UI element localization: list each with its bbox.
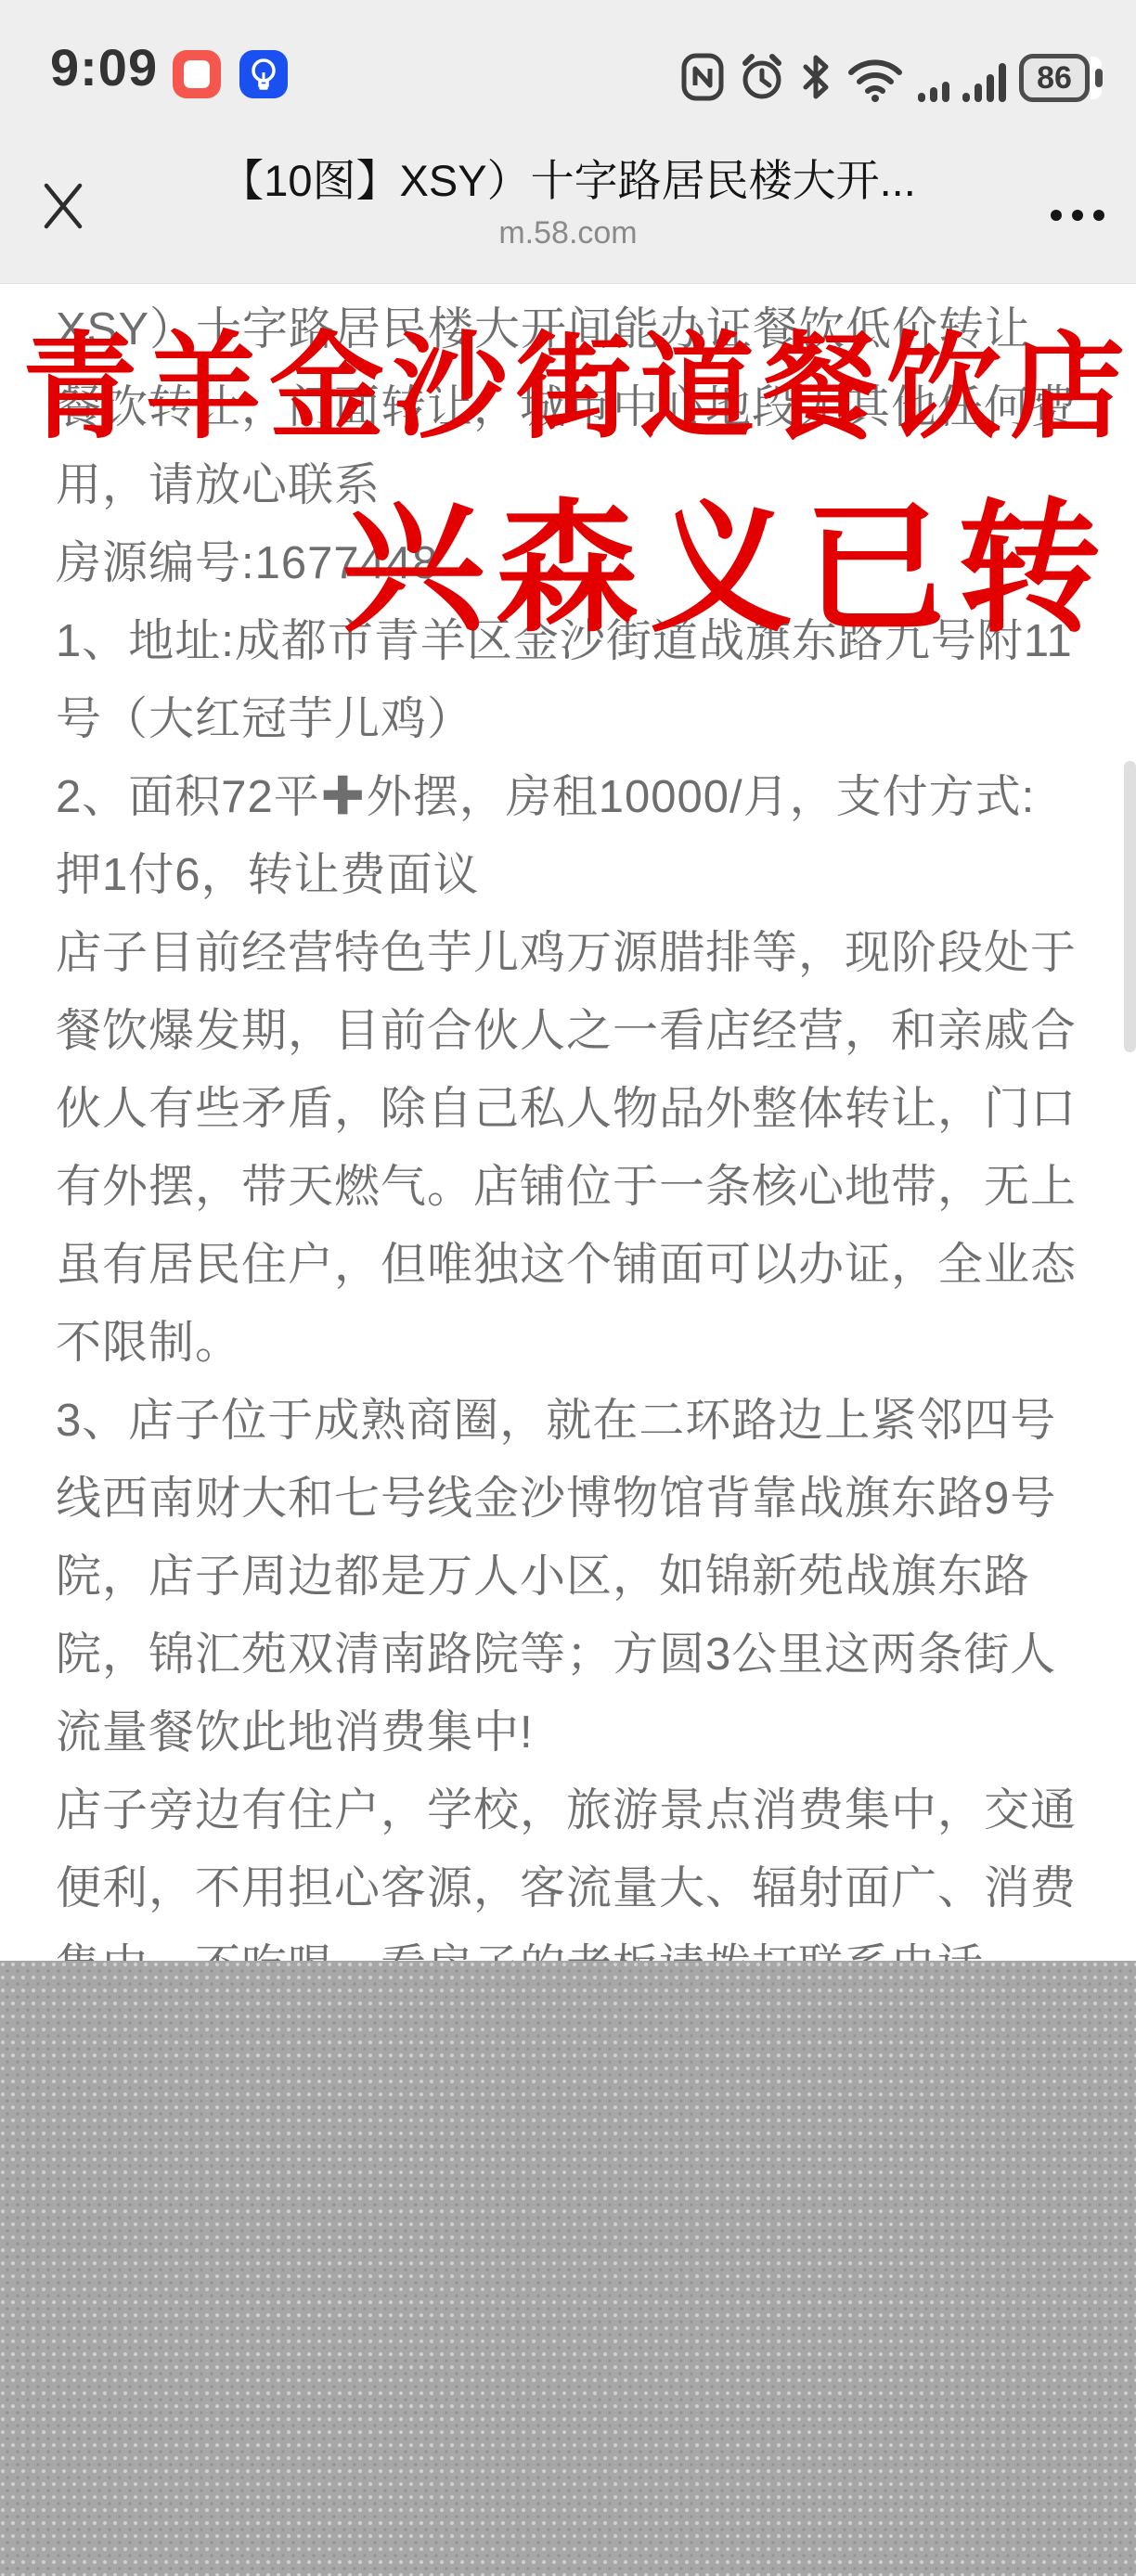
scrollbar-thumb[interactable] [1124,761,1136,1052]
clock-time: 9:09 [50,37,158,97]
battery-nub [1095,69,1103,87]
nfc-icon [680,52,725,102]
body-text-line: 伙人有些矛盾，除自己私人物品外整体转让，门口 [56,1070,1086,1148]
close-icon[interactable] [35,178,91,234]
status-bar: 9:09 [0,0,1136,102]
bluetooth-icon [799,52,833,102]
alarm-icon [738,52,786,102]
body-text-line: 号（大红冠芋儿鸡） [56,680,1086,758]
body-text-line: 院，店子周边都是万人小区，如锦新苑战旗东路 [56,1538,1086,1616]
body-text-line: 不限制。 [56,1304,1086,1382]
page-url: m.58.com [186,215,950,251]
body-text-line: 有外摆，带天燃气。店铺位于一条核心地带，无上 [56,1148,1086,1226]
signal-bars-icon [918,82,949,102]
status-icons-cluster: 86 [680,41,1104,102]
bulb-glyph [239,50,288,98]
watermark-line2: 兴森义已转 [342,497,1112,640]
more-options-button[interactable] [1051,200,1104,230]
body-text-line: 押1付6，转让费面议 [56,836,1086,914]
body-text-line: 2、面积72平✚外摆，房租10000/月，支付方式: [56,758,1086,836]
watermark-line1: 青羊金沙街道餐饮店 [22,330,1133,445]
dot [1072,210,1083,221]
battery-percent: 86 [1019,54,1090,102]
body-text-line: 线西南财大和七号线金沙博物馆背靠战旗东路9号 [56,1460,1086,1538]
body-text-line: 流量餐饮此地消费集中! [56,1694,1086,1771]
dot [1051,210,1062,221]
body-text-line: 3、店子位于成熟商圈，就在二环路边上紧邻四号 [56,1382,1086,1460]
signal-bars-icon-2 [962,63,1006,102]
battery-icon: 86 [1019,54,1104,102]
page-title: 【10图】XSY）十字路居民楼大开... [130,147,1006,209]
screen-record-icon [173,50,221,98]
body-text-line: 虽有居民住户，但唯独这个铺面可以办证，全业态 [56,1226,1086,1304]
body-text-line: 餐饮爆发期，目前合伙人之一看店经营，和亲戚合 [56,992,1086,1070]
body-text-line: 店子目前经营特色芋儿鸡万源腊排等，现阶段处于 [56,914,1086,992]
wifi-icon [846,52,905,102]
dot [1093,210,1104,221]
bulb-icon [239,50,288,98]
phone-screen: 9:09 [0,0,1136,2576]
body-text-line: 院，锦汇苑双清南路院等；方圆3公里这两条街人 [56,1616,1086,1694]
unloaded-placeholder-block [0,1961,1136,2576]
record-page-glyph [184,60,210,88]
browser-header: 【10图】XSY）十字路居民楼大开... m.58.com [0,102,1136,284]
body-text-line: 便利，不用担心客源，客流量大、辐射面广、消费 [56,1849,1086,1927]
body-text-line: 店子旁边有住户，学校，旅游景点消费集中，交通 [56,1771,1086,1849]
